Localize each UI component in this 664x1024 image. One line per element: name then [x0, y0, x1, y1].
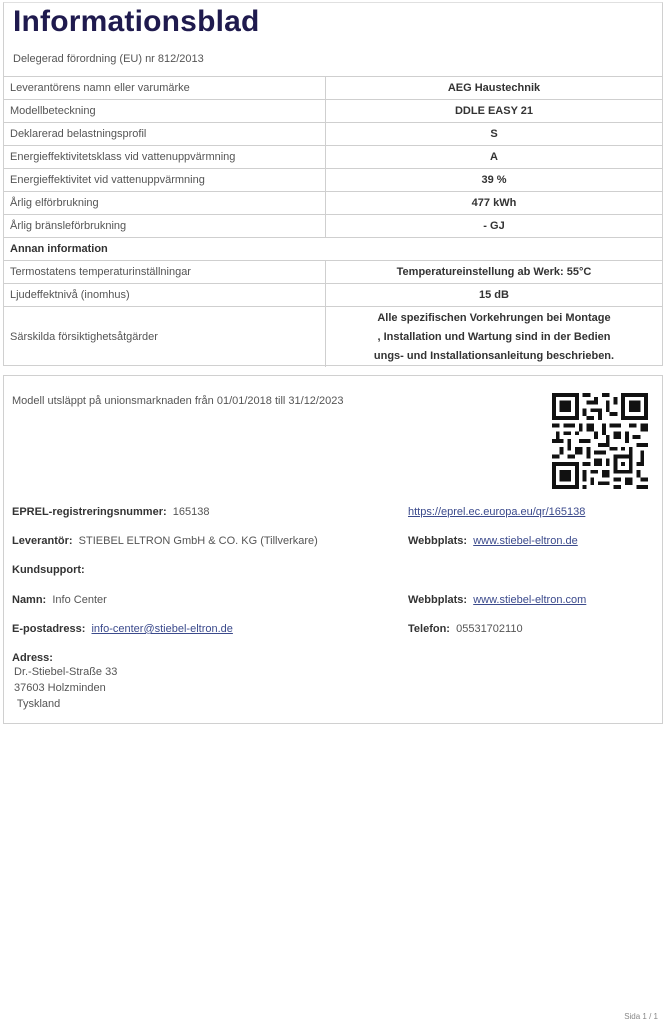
support-heading-wrap: Kundsupport:	[12, 564, 85, 576]
table-row: Leverantörens namn eller varumärke AEG H…	[4, 77, 662, 100]
table-row: Årlig bränsleförbrukning - GJ	[4, 215, 662, 238]
table-row: Termostatens temperaturinställningar Tem…	[4, 261, 662, 284]
row-value: S	[326, 123, 663, 146]
support-email: E-postadress: info-center@stiebel-eltron…	[12, 623, 233, 635]
support-website-link[interactable]: www.stiebel-eltron.com	[473, 594, 586, 606]
phone-value: 05531702110	[456, 623, 522, 635]
eprel-number: 165138	[173, 506, 210, 518]
table-row: Energieffektivitetsklass vid vattenuppvä…	[4, 146, 662, 169]
supplier-website-link[interactable]: www.stiebel-eltron.de	[473, 535, 578, 547]
regulation-subtitle: Delegerad förordning (EU) nr 812/2013	[13, 53, 204, 65]
name-label: Namn:	[12, 594, 46, 606]
support-website-label: Webbplats:	[408, 594, 467, 606]
row-value-multiline: Alle spezifischen Vorkehrungen bei Monta…	[326, 307, 663, 368]
row-label: Årlig elförbrukning	[4, 192, 326, 215]
supplier-value: STIEBEL ELTRON GmbH & CO. KG (Tillverkar…	[79, 535, 318, 547]
supplier-website-label: Webbplats:	[408, 535, 467, 547]
row-label: Modellbeteckning	[4, 100, 326, 123]
row-label: Energieffektivitet vid vattenuppvärmning	[4, 169, 326, 192]
support-website: Webbplats: www.stiebel-eltron.com	[408, 594, 586, 606]
supplier-website: Webbplats: www.stiebel-eltron.de	[408, 535, 578, 547]
table-row: Särskilda försiktighetsåtgärder Alle spe…	[4, 307, 662, 368]
market-info-block: Modell utsläppt på unionsmarknaden från …	[3, 375, 663, 724]
row-label: Årlig bränsleförbrukning	[4, 215, 326, 238]
table-row: Modellbeteckning DDLE EASY 21	[4, 100, 662, 123]
row-label: Energieffektivitetsklass vid vattenuppvä…	[4, 146, 326, 169]
support-phone: Telefon: 05531702110	[408, 623, 523, 635]
table-row: Energieffektivitet vid vattenuppvärmning…	[4, 169, 662, 192]
email-link[interactable]: info-center@stiebel-eltron.de	[91, 623, 232, 635]
section-heading-row: Annan information	[4, 238, 662, 261]
row-value: 39 %	[326, 169, 663, 192]
page-title: Informationsblad	[13, 5, 260, 39]
address-label: Adress:	[12, 652, 117, 664]
spec-table: Leverantörens namn eller varumärke AEG H…	[4, 76, 662, 367]
eprel-registration: EPREL-registreringsnummer: 165138	[12, 506, 210, 518]
address-line: Tyskland	[14, 696, 117, 712]
support-heading: Kundsupport:	[12, 564, 85, 576]
qr-code-icon[interactable]	[552, 393, 648, 489]
row-value: DDLE EASY 21	[326, 100, 663, 123]
eprel-link-wrap: https://eprel.ec.europa.eu/qr/165138	[408, 506, 585, 518]
address-line: Dr.-Stiebel-Straße 33	[14, 664, 117, 680]
table-row: Årlig elförbrukning 477 kWh	[4, 192, 662, 215]
eprel-url-link[interactable]: https://eprel.ec.europa.eu/qr/165138	[408, 506, 585, 518]
row-value: 477 kWh	[326, 192, 663, 215]
info-sheet-table-block: Informationsblad Delegerad förordning (E…	[3, 2, 663, 366]
name-value: Info Center	[52, 594, 106, 606]
address-line: 37603 Holzminden	[14, 680, 117, 696]
page-number: Sida 1 / 1	[624, 1012, 658, 1021]
row-value: 15 dB	[326, 284, 663, 307]
row-value: - GJ	[326, 215, 663, 238]
row-label: Särskilda försiktighetsåtgärder	[4, 307, 326, 368]
row-label: Leverantörens namn eller varumärke	[4, 77, 326, 100]
row-value: A	[326, 146, 663, 169]
row-label: Ljudeffektnivå (inomhus)	[4, 284, 326, 307]
eprel-label: EPREL-registreringsnummer:	[12, 506, 167, 518]
email-label: E-postadress:	[12, 623, 85, 635]
table-row: Ljudeffektnivå (inomhus) 15 dB	[4, 284, 662, 307]
row-label: Deklarerad belastningsprofil	[4, 123, 326, 146]
table-row: Deklarerad belastningsprofil S	[4, 123, 662, 146]
row-value: AEG Haustechnik	[326, 77, 663, 100]
market-release-text: Modell utsläppt på unionsmarknaden från …	[12, 395, 343, 407]
address: Adress: Dr.-Stiebel-Straße 33 37603 Holz…	[12, 652, 117, 712]
support-name: Namn: Info Center	[12, 594, 107, 606]
row-label: Termostatens temperaturinställningar	[4, 261, 326, 284]
value-line: ungs- und Installationsanleitung beschri…	[330, 347, 658, 366]
row-value: Temperatureinstellung ab Werk: 55°C	[326, 261, 663, 284]
phone-label: Telefon:	[408, 623, 450, 635]
supplier-info: Leverantör: STIEBEL ELTRON GmbH & CO. KG…	[12, 535, 318, 547]
value-line: Alle spezifischen Vorkehrungen bei Monta…	[330, 309, 658, 328]
section-heading: Annan information	[4, 238, 662, 261]
supplier-label: Leverantör:	[12, 535, 73, 547]
value-line: , Installation und Wartung sind in der B…	[330, 328, 658, 347]
